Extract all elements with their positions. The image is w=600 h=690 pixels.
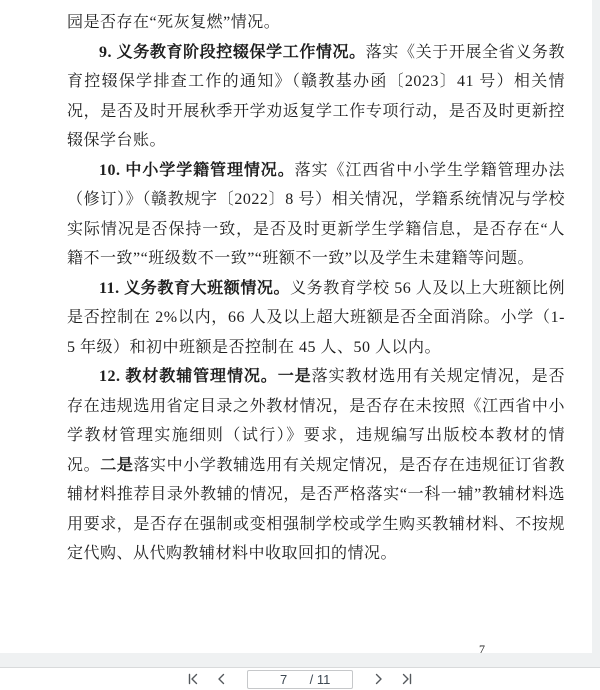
previous-page-icon — [215, 672, 229, 686]
page-number-box: / 11 — [247, 670, 353, 689]
page-total-label: / 11 — [310, 672, 331, 687]
viewer-background: { "viewer": { "toolbar": { "current_page… — [0, 0, 600, 690]
next-page-icon — [371, 672, 385, 686]
paragraph: 园是否存在“死灰复燃”情况。 — [67, 8, 565, 38]
last-page-button[interactable] — [399, 671, 415, 687]
paragraph-heading-segment: 10. 中小学学籍管理情况。 — [99, 162, 295, 179]
paragraph: 11. 义务教育大班额情况。义务教育学校 56 人及以上大班额比例是否控制在 2… — [67, 274, 565, 363]
pagination-toolbar: / 11 — [0, 667, 600, 690]
document-body: 园是否存在“死灰复燃”情况。9. 义务教育阶段控辍保学工作情况。落实《关于开展全… — [0, 0, 592, 569]
paragraph: 10. 中小学学籍管理情况。落实《江西省中小学生学籍管理办法（修订）》（赣教规字… — [67, 156, 565, 274]
document-footer-page-number: 7 — [479, 642, 485, 653]
paragraph-text-segment: 落实中小学教辅选用有关规定情况，是否存在违规征订省教辅材料推荐目录外教辅的情况，… — [67, 457, 565, 563]
paragraph-heading-segment: 11. 义务教育大班额情况。 — [99, 280, 290, 297]
paragraph-heading-segment: 9. 义务教育阶段控辍保学工作情况。 — [99, 44, 366, 61]
page-number-input[interactable] — [270, 672, 298, 687]
first-page-button[interactable] — [185, 671, 201, 687]
paragraph-heading-segment: 二是 — [100, 457, 133, 474]
paragraph: 9. 义务教育阶段控辍保学工作情况。落实《关于开展全省义务教育控辍保学排查工作的… — [67, 38, 565, 156]
first-page-icon — [186, 672, 200, 686]
previous-page-button[interactable] — [214, 671, 230, 687]
document-page: 园是否存在“死灰复燃”情况。9. 义务教育阶段控辍保学工作情况。落实《关于开展全… — [0, 0, 592, 653]
next-page-button[interactable] — [370, 671, 386, 687]
paragraph-heading-segment: 12. 教材教辅管理情况。一是 — [99, 368, 312, 385]
paragraph: 12. 教材教辅管理情况。一是落实教材选用有关规定情况，是否存在违规选用省定目录… — [67, 362, 565, 569]
last-page-icon — [400, 672, 414, 686]
paragraph-text-segment: 园是否存在“死灰复燃”情况。 — [67, 14, 280, 31]
